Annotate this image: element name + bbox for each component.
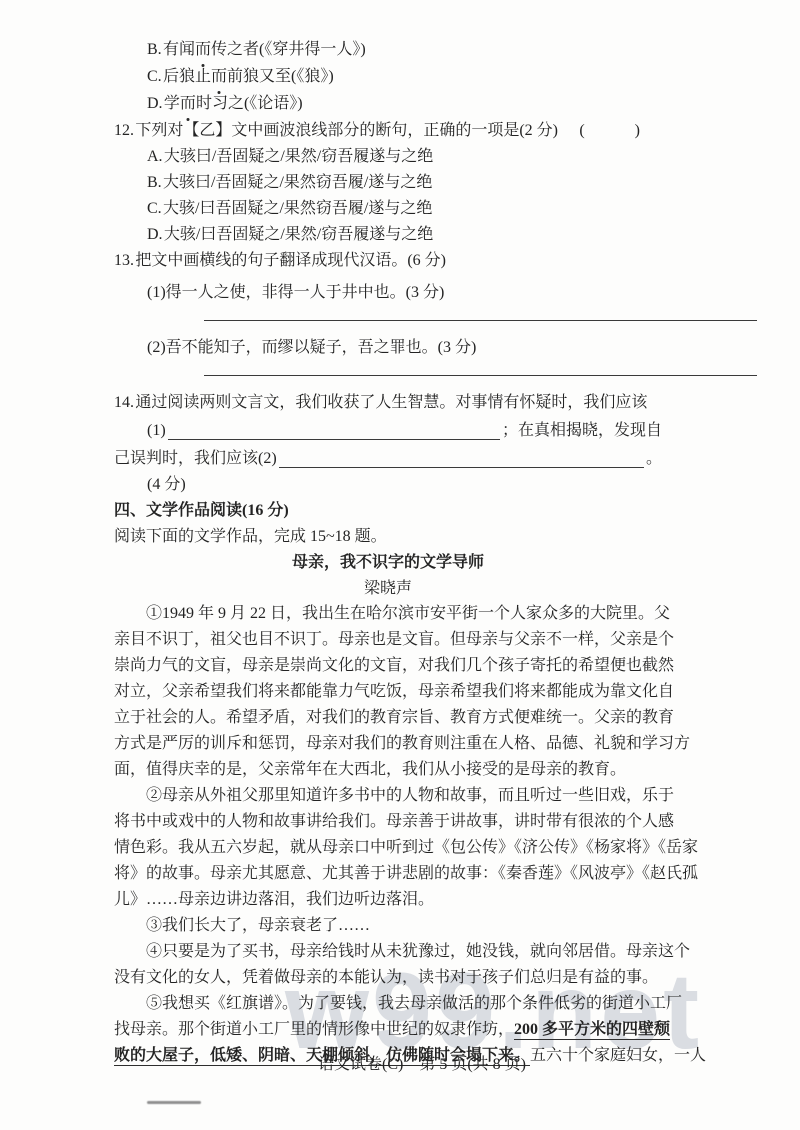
underlined-text: 200 多平方米的四壁颓: [514, 1021, 670, 1040]
q12-option-d: D. 大骇/曰吾固疑之/果然/窃吾履遂与之绝: [114, 222, 662, 248]
emphasized-char: 而: [195, 36, 211, 63]
answer-blank-line: [204, 361, 757, 376]
essay-line: ②母亲从外祖父那里知道许多书中的人物和故事，而且听过一些旧戏，乐于: [114, 783, 662, 809]
answer-blank-line: [204, 306, 757, 321]
essay-line: ④只要是为了买书，母亲给钱时从未犹豫过，她没钱，就向邻居借。母亲这个: [114, 939, 662, 965]
q13-sentence-2: (2)吾不能知子，而缪以疑子，吾之罪也。(3 分): [114, 335, 662, 361]
essay-line: 将》的故事。母亲尤其愿意、尤其善于讲悲剧的故事：《秦香莲》《风波亭》《赵氏孤: [114, 861, 662, 887]
emphasized-char: 而: [180, 90, 196, 117]
page-content: B. 有闻而传之者(《穿井得一人》) C. 后狼止而前狼又至(《狼》) D. 学…: [114, 36, 662, 1069]
essay-line: 亲目不识丁，祖父也目不识丁。母亲也是文盲。但母亲与父亲不一样，父亲是个: [114, 627, 662, 653]
question-number: 13.: [114, 252, 134, 269]
essay-line: 方式是严厉的训斥和惩罚，母亲对我们的教育则注重在人格、品德、礼貌和学习方: [114, 731, 662, 757]
question-12-text: 12. 下列对【乙】文中画波浪线部分的断句，正确的一项是(2 分): [114, 117, 558, 144]
essay-line: 儿》……母亲边讲边落泪，我们边听边落泪。: [114, 887, 662, 913]
answer-brackets: ( ): [579, 117, 646, 144]
question-number: 14.: [114, 394, 134, 411]
question-14: 14. 通过阅读两则文言文，我们收获了人生智慧。对事情有怀疑时，我们应该: [114, 390, 662, 416]
essay-author: 梁晓声: [114, 576, 662, 601]
essay-line: ⑤我想买《红旗谱》。为了要钱，我去母亲做活的那个条件低劣的街道小工厂: [114, 991, 662, 1017]
q14-blank-row-1: (1) ；在真相揭晓，发现自: [114, 418, 662, 444]
q12-option-a: A. 大骇曰/吾固疑之/果然/窃吾履遂与之绝: [114, 144, 662, 170]
section-intro: 阅读下面的文学作品，完成 15~18 题。: [114, 524, 662, 550]
essay-line: 崇尚力气的文盲，母亲是崇尚文化的文盲，对我们几个孩子寄托的希望便也截然: [114, 653, 662, 679]
essay-line: 没有文化的女人，凭着做母亲的本能认为，读书对于孩子们总归是有益的事。: [114, 965, 662, 991]
essay-line: ③我们长大了，母亲衰老了……: [114, 913, 662, 939]
essay-line: 立于社会的人。希望矛盾，对我们的教育宗旨、教育方式便难统一。父亲的教育: [114, 705, 662, 731]
essay-line: 面，值得庆幸的是，父亲常年在大西北，我们从小接受的是母亲的教育。: [114, 757, 662, 783]
q13-sentence-1: (1)得一人之使，非得一人于井中也。(3 分): [114, 280, 662, 306]
scan-artifact: [147, 1101, 201, 1104]
q11-option-b: B. 有闻而传之者(《穿井得一人》): [114, 36, 662, 63]
essay-line: 将书中或戏中的人物和故事讲给我们。母亲善于讲故事，讲时带有很浓的个人感: [114, 809, 662, 835]
q14-blank-row-2: 己误判时，我们应该(2) 。: [114, 446, 662, 472]
q12-option-b: B. 大骇曰/吾固疑之/果然窃吾履/遂与之绝: [114, 170, 662, 196]
essay-line: 对立，父亲希望我们将来都能靠力气吃饭，母亲希望我们将来都能成为靠文化自: [114, 679, 662, 705]
option-label: D.: [147, 95, 163, 112]
question-12: 12. 下列对【乙】文中画波浪线部分的断句，正确的一项是(2 分) ( ): [114, 117, 662, 144]
q11-option-d: D. 学而时习之(《论语》): [114, 90, 662, 117]
emphasized-char: 而: [211, 63, 227, 90]
fill-in-blank: [168, 418, 500, 440]
section-heading: 四、文学作品阅读(16 分): [114, 498, 662, 524]
q14-points: (4 分): [114, 472, 662, 498]
question-number: 12.: [114, 122, 134, 139]
essay-line: ①1949 年 9 月 22 日，我出生在哈尔滨市安平街一个人家众多的大院里。父: [114, 601, 662, 627]
option-label: B.: [147, 41, 162, 58]
fill-in-blank: [279, 446, 644, 468]
option-label: C.: [147, 68, 162, 85]
essay-title: 母亲，我不识字的文学导师: [114, 550, 662, 576]
exam-paper-page: w99.net B. 有闻而传之者(《穿井得一人》) C. 后狼止而前狼又至(《…: [0, 0, 800, 1130]
question-13: 13. 把文中画横线的句子翻译成现代汉语。(6 分): [114, 248, 662, 274]
essay-line: 情色彩。我从五六岁起，就从母亲口中听到过《包公传》《济公传》《杨家将》《岳家: [114, 835, 662, 861]
q12-option-c: C. 大骇/曰吾固疑之/果然窃吾履/遂与之绝: [114, 196, 662, 222]
q11-option-c: C. 后狼止而前狼又至(《狼》): [114, 63, 662, 90]
page-footer: 语文试卷(C) 第 5 页(共 8 页): [22, 1052, 800, 1078]
essay-line-underlined: 找母亲。那个街道小工厂里的情形像中世纪的奴隶作坊，200 多平方米的四壁颓: [114, 1017, 662, 1043]
